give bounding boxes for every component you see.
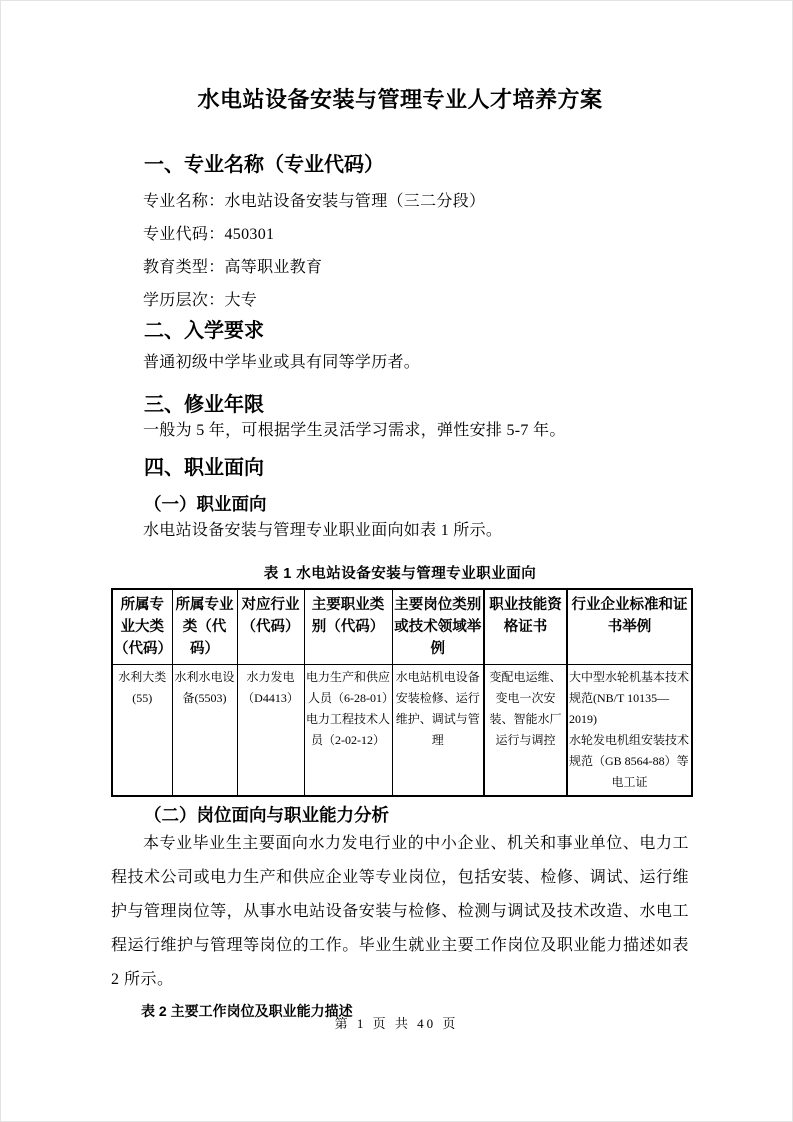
header-major-category: 所属专业大类（代码） <box>112 589 172 665</box>
header-standards-examples: 行业企业标准和证书举例 <box>567 589 692 665</box>
header-post-examples: 主要岗位类别或技术领域举例 <box>392 589 484 665</box>
cell-major-class: 水利水电设备(5503) <box>172 665 237 797</box>
electrician-cert-text: 电工证 <box>569 772 690 793</box>
subheading-post-analysis: （二）岗位面向与职业能力分析 <box>144 803 689 827</box>
career-orientation-intro-text: 水电站设备安装与管理专业职业面向如表 1 所示。 <box>111 521 689 541</box>
major-name-line: 专业名称：水电站设备安装与管理（三二分段） <box>111 192 689 212</box>
cell-skill-certificates: 变配电运维、变电一次安装、智能水厂运行与调控 <box>484 665 567 797</box>
study-duration-text: 一般为 5 年，可根据学生灵活学习需求，弹性安排 5-7 年。 <box>111 421 689 441</box>
header-occupation-type: 主要职业类别（代码） <box>304 589 392 665</box>
admission-requirements-text: 普通初级中学毕业或具有同等学历者。 <box>111 353 689 373</box>
table1-caption: 表 1 水电站设备安装与管理专业职业面向 <box>111 564 689 584</box>
major-code-line: 专业代码：450301 <box>111 225 689 245</box>
heading-career-orientation: 四、职业面向 <box>144 454 689 482</box>
cell-major-category: 水利大类(55) <box>112 665 172 797</box>
heading-study-duration: 三、修业年限 <box>144 391 689 419</box>
standards-text: 大中型水轮机基本技术规范(NB/T 10135—2019) 水轮发电机组安装技术… <box>569 667 690 772</box>
page-title: 水电站设备安装与管理专业人才培养方案 <box>111 1 689 115</box>
heading-admission-requirements: 二、入学要求 <box>144 317 689 345</box>
cell-post-examples: 水电站机电设备安装检修、运行维护、调试与管理 <box>392 665 484 797</box>
header-major-class: 所属专业类（代码） <box>172 589 237 665</box>
document-page: 水电站设备安装与管理专业人才培养方案 一、专业名称（专业代码） 专业名称：水电站… <box>0 0 793 1122</box>
cell-occupations: 电力生产和供应人员（6-28-01）电力工程技术人员（2-02-12） <box>304 665 392 797</box>
education-level-line: 学历层次：大专 <box>111 291 689 311</box>
header-industry: 对应行业（代码） <box>237 589 304 665</box>
page-footer: 第 1 页 共 40 页 <box>1 1015 792 1033</box>
heading-major-name: 一、专业名称（专业代码） <box>144 151 689 179</box>
education-type-line: 教育类型：高等职业教育 <box>111 258 689 278</box>
cell-industry: 水力发电（D4413） <box>237 665 304 797</box>
subheading-career-orientation: （一）职业面向 <box>144 492 689 516</box>
header-skill-certificates: 职业技能资格证书 <box>484 589 567 665</box>
table-data-row: 水利大类(55) 水利水电设备(5503) 水力发电（D4413） 电力生产和供… <box>112 665 692 797</box>
career-orientation-table: 所属专业大类（代码） 所属专业类（代码） 对应行业（代码） 主要职业类别（代码）… <box>111 588 693 797</box>
post-analysis-paragraph: 本专业毕业生主要面向水力发电行业的中小企业、机关和事业单位、电力工程技术公司或电… <box>111 827 689 997</box>
document-content: 水电站设备安装与管理专业人才培养方案 一、专业名称（专业代码） 专业名称：水电站… <box>1 1 792 1021</box>
cell-standards-examples: 大中型水轮机基本技术规范(NB/T 10135—2019) 水轮发电机组安装技术… <box>567 665 692 797</box>
table-header-row: 所属专业大类（代码） 所属专业类（代码） 对应行业（代码） 主要职业类别（代码）… <box>112 589 692 665</box>
